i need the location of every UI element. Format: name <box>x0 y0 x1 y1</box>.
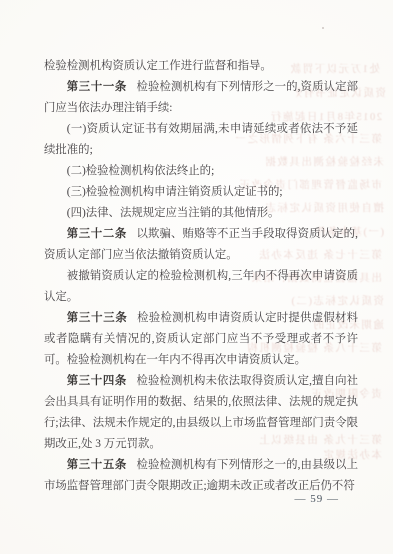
article-number: 第三十二条 <box>67 228 127 240</box>
scan-speck <box>322 27 324 29</box>
page-number: — 59 — <box>295 493 340 505</box>
paragraph-article-34: 第三十四条检验检测机构未依法取得资质认定,擅自向社会出具具有证明作用的数据、结果… <box>44 371 358 455</box>
paragraph-item-1: (一)资质认定证书有效期届满,未申请延续或者依法不予延续批准的; <box>44 119 358 161</box>
paragraph-text: (一)资质认定证书有效期届满,未申请延续或者依法不予延续批准的; <box>44 123 358 156</box>
article-number: 第三十四条 <box>67 375 127 387</box>
paragraph-item-4: (四)法律、法规规定应当注销的其他情形。 <box>44 203 358 224</box>
paragraph-text: (四)法律、法规规定应当注销的其他情形。 <box>67 207 280 219</box>
paragraph-article-33: 第三十三条检验检测机构申请资质认定时提供虚假材料或者隐瞒有关情况的,资质认定部门… <box>44 308 358 371</box>
article-number: 第三十一条 <box>67 81 127 93</box>
paragraph-article-32-cont: 被撤销资质认定的检验检测机构,三年内不得再次申请资质认定。 <box>44 266 358 308</box>
paragraph-text: (二)检验检测机构依法终止的; <box>67 165 214 177</box>
article-number: 第三十三条 <box>67 312 128 324</box>
paragraph-item-3: (三)检验检测机构申请注销资质认定证书的; <box>44 182 358 203</box>
scanned-document-page: 处1万元以下罚款 资质认定证书有效期 2015年8月1日起施行 第三十六条 有下… <box>0 0 393 554</box>
paragraph-article-32: 第三十二条以欺骗、贿赂等不正当手段取得资质认定的,资质认定部门应当依法撤销资质认… <box>44 224 358 266</box>
paragraph-article-31: 第三十一条检验检测机构有下列情形之一的,资质认定部门应当依法办理注销手续: <box>44 77 358 119</box>
paragraph-article-35: 第三十五条检验检测机构有下列情形之一的,由县级以上市场监督管理部门责令限期改正;… <box>44 455 358 497</box>
paragraph-text: (三)检验检测机构申请注销资质认定证书的; <box>67 186 283 198</box>
article-number: 第三十五条 <box>67 459 127 471</box>
document-body-text: 检验检测机构资质认定工作进行监督和指导。 第三十一条检验检测机构有下列情形之一的… <box>44 56 358 497</box>
paragraph-text: 检验检测机构资质认定工作进行监督和指导。 <box>44 60 272 72</box>
paragraph-continuation: 检验检测机构资质认定工作进行监督和指导。 <box>44 56 358 77</box>
paragraph-text: 被撤销资质认定的检验检测机构,三年内不得再次申请资质认定。 <box>44 270 358 303</box>
paragraph-item-2: (二)检验检测机构依法终止的; <box>44 161 358 182</box>
